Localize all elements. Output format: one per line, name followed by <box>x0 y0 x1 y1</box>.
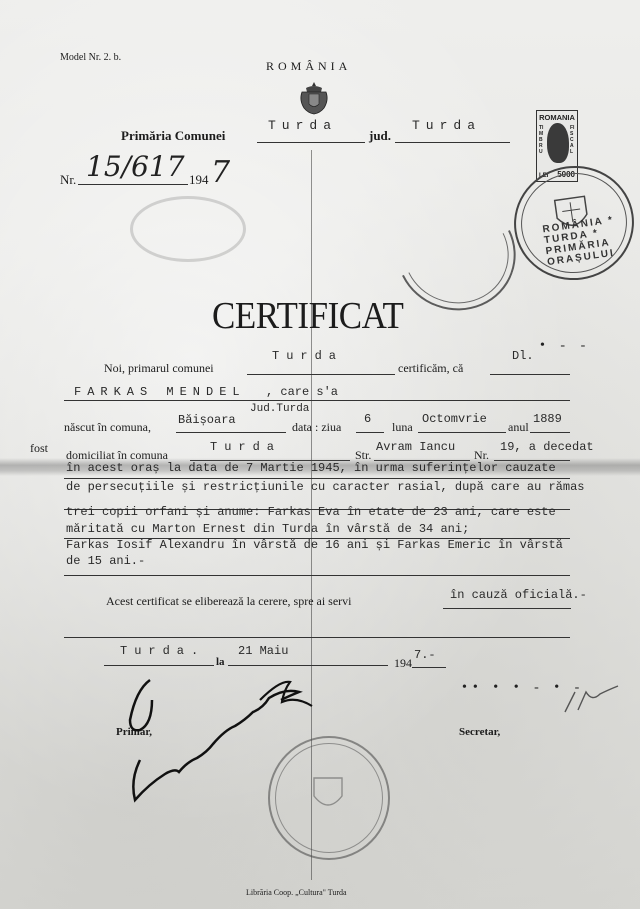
born-place: Băișoara <box>178 413 236 427</box>
nr-year-prefix: 194 <box>189 172 209 188</box>
certify-label: certificăm, că <box>398 361 463 376</box>
faded-seal <box>130 196 246 262</box>
model-number: Model Nr. 2. b. <box>60 52 121 63</box>
jud-value: Turda <box>412 118 481 133</box>
year-label: anul <box>508 420 529 435</box>
street-nr-value: 19, a decedat <box>500 440 594 454</box>
issue-year-suffix: 7.- <box>414 648 436 662</box>
title-dl: Dl. <box>512 349 534 363</box>
typed-line-2: de persecuțiile și restricțiunile cu car… <box>66 480 584 494</box>
purpose-label: Acest certificat se eliberează la cerere… <box>106 594 352 609</box>
fost-label: fost <box>30 441 48 456</box>
name-suffix: , care s'a <box>266 385 338 399</box>
fiscal-stamp-right: FISCAL <box>570 125 575 155</box>
nr-label: Nr. <box>60 172 76 188</box>
country-heading: ROMÂNIA <box>266 59 351 74</box>
secretary-initials <box>560 680 630 720</box>
born-county: Jud.Turda <box>250 403 309 415</box>
printer-credit: Librăria Coop. „Cultura" Turda <box>246 888 347 897</box>
birth-year: 1889 <box>533 412 562 426</box>
mayor-signature <box>100 660 340 820</box>
birth-day: 6 <box>364 412 371 426</box>
nr-value: 15/617 <box>86 150 185 183</box>
document-title: CERTIFICAT <box>212 294 403 338</box>
commune-value: Turda <box>272 349 343 363</box>
birth-month: Octomvrie <box>422 412 487 426</box>
typed-line-6: de 15 ani.- <box>66 554 145 568</box>
nr-year-suffix: 7 <box>211 155 230 190</box>
month-label: luna <box>392 420 413 435</box>
typed-line-5: Farkas Iosif Alexandru în vârstă de 16 a… <box>66 538 563 552</box>
primaria-value: Turda <box>268 118 337 133</box>
typed-line-3: trei copii orfani și anume: Farkas Eva î… <box>66 505 556 519</box>
issue-date: 21 Maiu <box>238 644 288 658</box>
person-name: FARKAS MENDEL <box>74 385 246 399</box>
portrait-icon <box>547 123 569 163</box>
domicile-value: Turda <box>210 440 281 454</box>
street-value: Avram Iancu <box>376 440 455 454</box>
fiscal-stamp-country: ROMANIA <box>537 113 577 122</box>
ink-dots: • - - <box>540 338 591 354</box>
typed-line-4: măritată cu Marton Ernest din Turda în v… <box>66 522 469 536</box>
date-label: data : ziua <box>292 420 341 435</box>
issue-place: Turda. <box>120 644 205 658</box>
coat-of-arms-icon <box>296 80 332 116</box>
jud-label: jud. <box>369 128 391 144</box>
typed-line-1: în acest oraș la data de 7 Martie 1945, … <box>66 461 556 475</box>
primaria-label: Primăria Comunei <box>121 128 225 144</box>
secretary-label: Secretar, <box>459 726 500 738</box>
issue-year-prefix: 194 <box>394 656 412 671</box>
fiscal-stamp-left: TIMBRU <box>539 125 544 155</box>
mayor-intro: Noi, primarul comunei <box>104 361 214 376</box>
purpose-value: în cauză oficială.- <box>450 588 587 602</box>
born-label: născut în comuna, <box>64 420 151 435</box>
